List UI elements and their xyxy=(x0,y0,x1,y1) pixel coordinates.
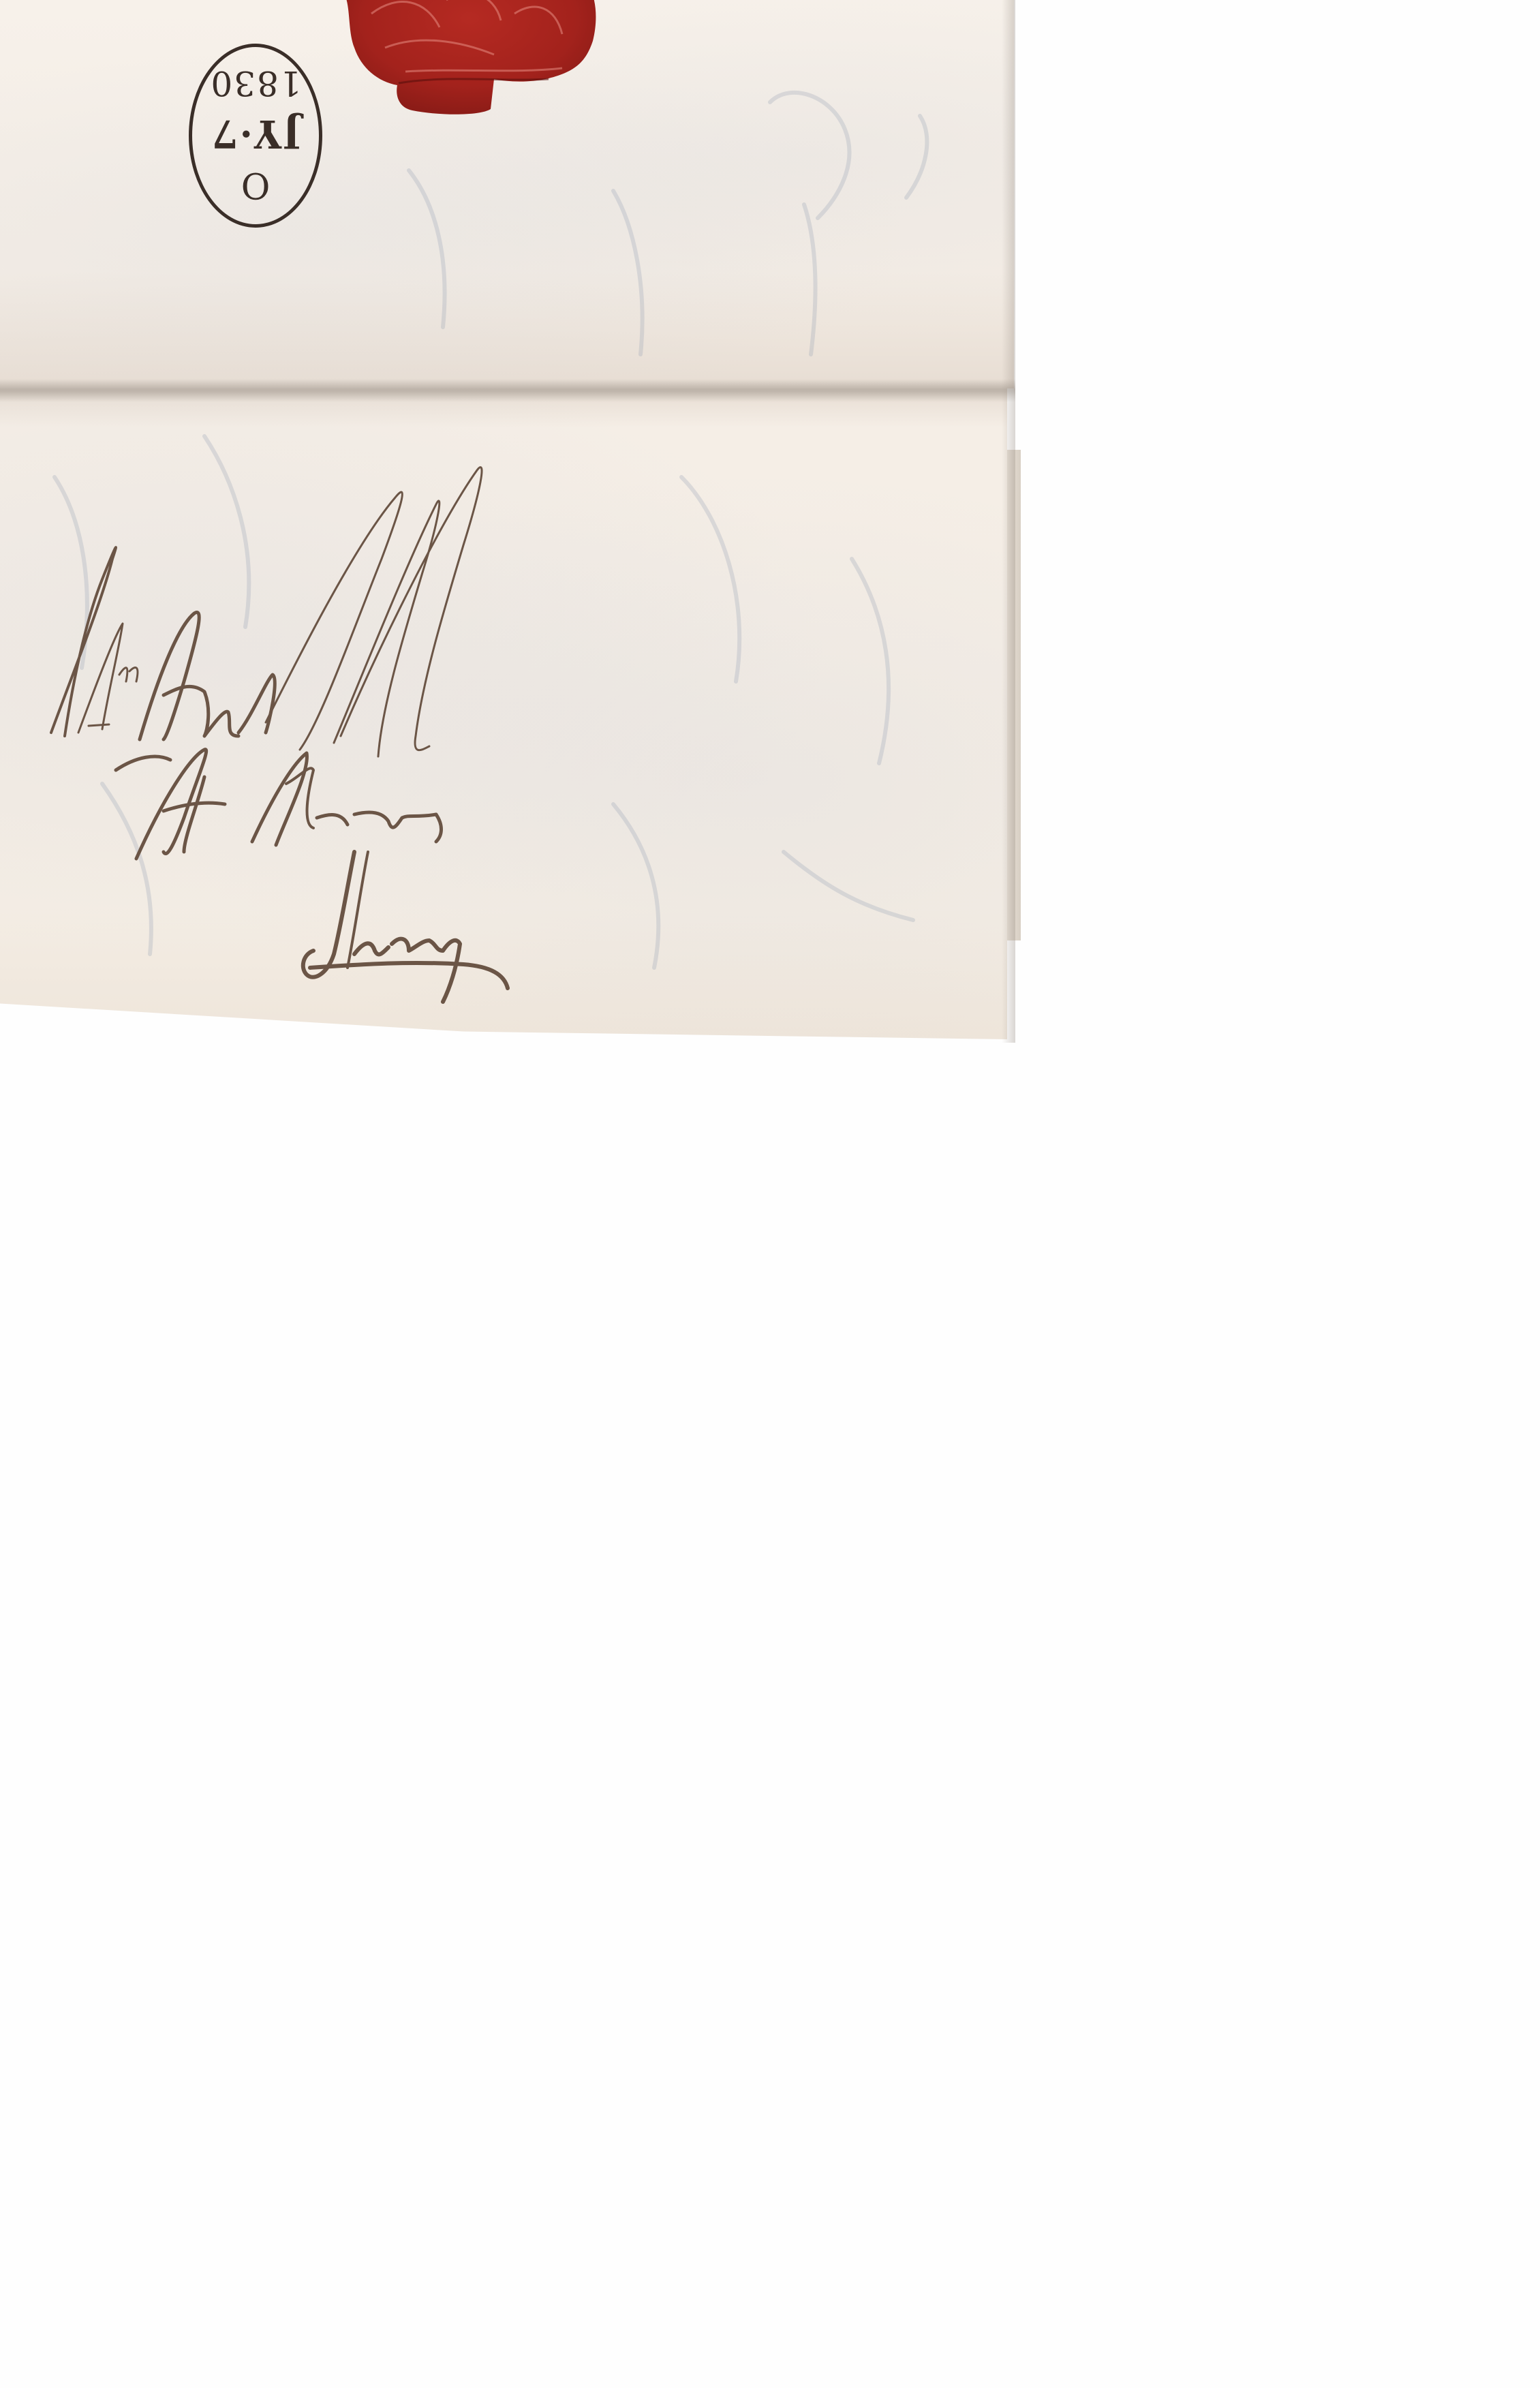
address-recipient: Mrs Abel xyxy=(68,627,320,690)
manuscript-address: Mrs Abel St Heliers Jersey xyxy=(0,0,1008,1036)
handwriting-strokes xyxy=(0,0,1008,1036)
address-town: St Heliers xyxy=(170,770,448,833)
address-island: Jersey xyxy=(313,872,484,936)
entire-letter: O JY·7 1830 xyxy=(0,0,1022,1050)
